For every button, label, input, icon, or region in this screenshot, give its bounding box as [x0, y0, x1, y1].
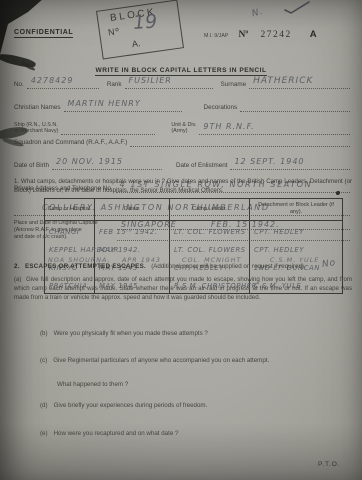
stamp-handwritten-number: 19: [132, 10, 158, 34]
surname-field: HATHERICK: [249, 70, 350, 89]
question-1-text: 1. What camps, detachments or hospitals …: [14, 178, 352, 195]
unit-div-label: Unit & Div. (Army): [171, 122, 196, 136]
stamp-a-label: A.: [131, 38, 141, 49]
christian-names-field: MARTIN HENRY: [64, 93, 182, 112]
confidential-label: CONFIDENTIAL: [14, 29, 73, 38]
date-of-birth-field: 20 NOV. 1915: [52, 151, 162, 170]
leader-cell: LT. COL. FLOWERS: [174, 246, 246, 254]
date-of-enlistment-label: Date of Enlistment: [176, 162, 227, 170]
header-detachment-leader: Detachment or Block Leader (if any).: [250, 199, 343, 221]
detachment-cell: CPT. HEDLEY: [254, 228, 304, 236]
date-of-birth-label: Date of Birth: [14, 162, 49, 170]
number-field: 4278429: [27, 70, 99, 89]
field-row-squadron: Squadron and Command (R.A.F., A.A.F.): [14, 139, 350, 147]
detachment-cell: CPT. HEDLEY: [254, 246, 304, 254]
item-b-text: (b)Were you physically fit when you made…: [40, 330, 208, 337]
number-label: No.: [14, 81, 24, 89]
field-row-dates: Date of Birth 20 NOV. 1915 Date of Enlis…: [14, 151, 350, 170]
table-row: KEPPEL HARBOUR MAY 1942. LT. COL. FLOWER…: [45, 239, 343, 257]
series-letter: A: [310, 29, 317, 40]
unit-div-field: 9TH R.N.F.: [199, 116, 350, 135]
question-2-title: ESCAPES OR ATTEMPTED ESCAPES.: [25, 263, 146, 270]
surname-label: Surname: [221, 81, 247, 89]
camp-table-header-row: Camp or Hospital. Dates. Camp Leader. De…: [45, 199, 343, 221]
squadron-field: [130, 146, 350, 147]
ship-field: [61, 134, 155, 135]
mi9-ref-label: M.I. 9/JAP: [204, 33, 228, 39]
decorations-field: [240, 111, 350, 112]
dates-cell: MAY 1942.: [99, 246, 141, 254]
decorations-label: Decorations: [204, 104, 238, 112]
reference-line: M.I. 9/JAP Nº 27242 A: [204, 29, 317, 40]
question-2-line: 2. ESCAPES OR ATTEMPTED ESCAPES. (Additi…: [14, 263, 352, 270]
header-camp-or-hospital: Camp or Hospital.: [45, 199, 95, 221]
item-a-text: (a) Give full description and approx. da…: [14, 276, 352, 302]
rank-field: FUSILIER: [125, 70, 213, 89]
item-c2-text: What happened to them ?: [57, 381, 128, 388]
dates-cell: FEB 15ᵗʰ 1942.: [99, 228, 157, 236]
pto-label: P.T.O.: [318, 461, 340, 468]
header-dates: Dates.: [95, 199, 170, 221]
rank-label: Rank: [107, 81, 122, 89]
header-camp-leader: Camp Leader.: [170, 199, 250, 221]
document-photo: CONFIDENTIAL BLOCK Nº 19 A. M.I. 9/JAP N…: [0, 0, 362, 480]
question-2-note: (Additional paper will be supplied on re…: [151, 263, 305, 270]
squadron-label: Squadron and Command (R.A.F., A.A.F.): [14, 139, 127, 147]
field-row-ship-unit: Ship (R.N., U.S.N. or Merchant Navy) Uni…: [14, 116, 350, 135]
tick-mark-icon: [283, 0, 311, 16]
table-row: CHANGI FEB 15ᵗʰ 1942. LT. COL. FLOWERS C…: [45, 221, 343, 240]
question-2-number: 2.: [14, 263, 20, 270]
date-of-enlistment-field: 12 SEPT. 1940: [230, 151, 350, 170]
item-e-text: (e)How were you recaptured and on what d…: [40, 430, 178, 437]
field-row-number-rank-surname: No. 4278429 Rank FUSILIER Surname HATHER…: [14, 70, 350, 89]
serial-number: 27242: [260, 30, 291, 40]
field-row-christian-decorations: Christian Names MARTIN HENRY Decorations: [14, 93, 350, 112]
leader-cell: LT. COL. FLOWERS: [174, 228, 246, 236]
number-symbol: Nº: [238, 30, 248, 40]
item-d-text: (d)Give briefly your experiences during …: [40, 402, 207, 409]
handwritten-n-annotation: N.: [251, 7, 265, 20]
question-2-handwritten-answer: No: [321, 258, 337, 270]
item-c-text: (c)Give Regimental particulars of anyone…: [40, 357, 269, 364]
christian-names-label: Christian Names: [14, 104, 61, 112]
block-number-stamp: BLOCK Nº 19 A.: [96, 0, 184, 59]
stamp-no-label: Nº: [107, 26, 120, 38]
ship-label: Ship (R.N., U.S.N. or Merchant Navy): [14, 122, 58, 136]
camp-cell: CHANGI: [49, 228, 79, 236]
